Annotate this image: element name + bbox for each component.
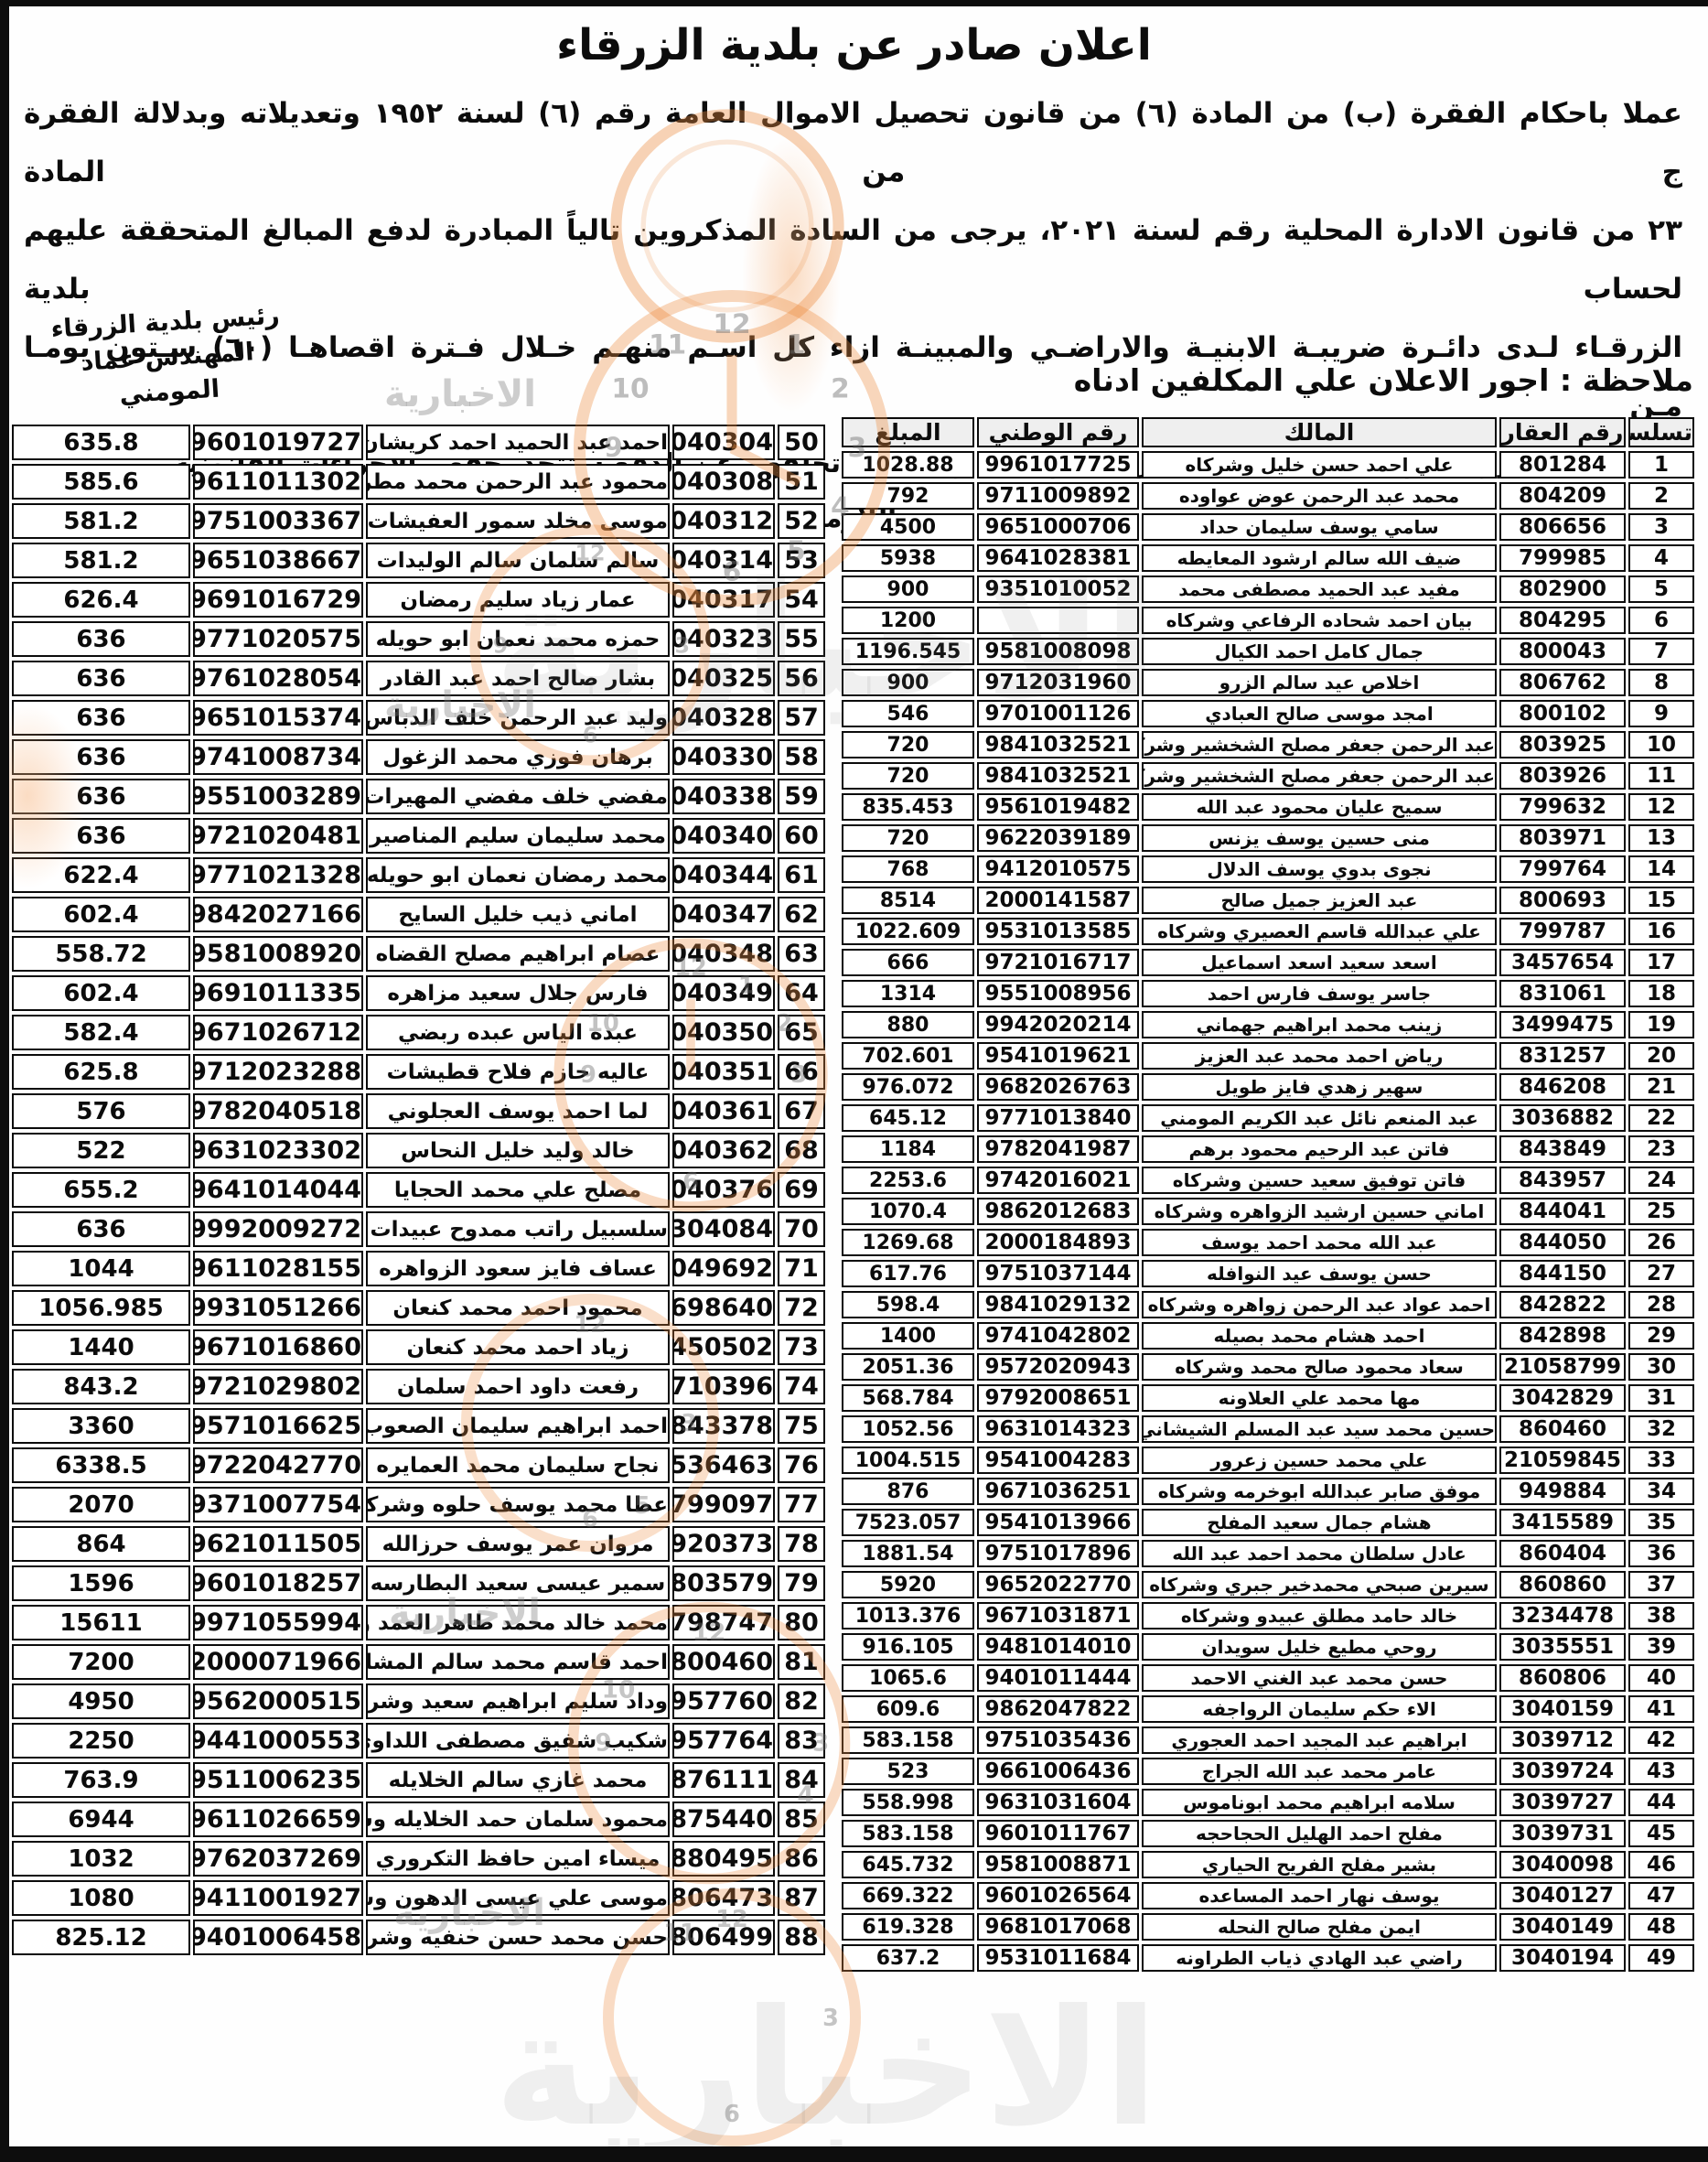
serial-cell: 4 bbox=[1628, 544, 1694, 572]
amount-cell: 900 bbox=[842, 575, 974, 603]
national-id-cell: 9971055994 bbox=[193, 1605, 363, 1640]
national-id-cell: 2000184893 bbox=[977, 1229, 1139, 1256]
owner-name-cell: منى حسين يوسف يزنس bbox=[1142, 824, 1497, 852]
national-id-cell: 9541019621 bbox=[977, 1042, 1139, 1070]
serial-cell: 16 bbox=[1628, 918, 1694, 945]
national-id-cell: 9541013966 bbox=[977, 1509, 1139, 1536]
table-row: 27844150حسن يوسف عيد النوافله97510371446… bbox=[842, 1260, 1694, 1287]
serial-cell: 60 bbox=[778, 818, 825, 854]
amount-cell: 1440 bbox=[12, 1329, 190, 1365]
national-id-cell: 9782040518 bbox=[193, 1093, 363, 1129]
owner-name-cell: محمود عبد الرحمن محمد مطر bbox=[366, 464, 670, 500]
table-row: 353415589هشام جمال سعيد المفلح9541013966… bbox=[842, 1509, 1694, 1536]
national-id-cell: 9721016717 bbox=[977, 949, 1139, 976]
serial-cell: 87 bbox=[778, 1880, 825, 1916]
amount-cell: 720 bbox=[842, 762, 974, 790]
property-number-cell: 799632 bbox=[1499, 793, 1626, 821]
amount-cell: 636 bbox=[12, 1211, 190, 1247]
property-number-cell: 3049692 bbox=[672, 1251, 775, 1286]
serial-cell: 51 bbox=[778, 464, 825, 500]
national-id-cell: 9671031871 bbox=[977, 1602, 1139, 1630]
national-id-cell: 9862012683 bbox=[977, 1198, 1139, 1225]
serial-cell: 21 bbox=[1628, 1073, 1694, 1101]
amount-cell: 1200 bbox=[842, 607, 974, 634]
serial-cell: 24 bbox=[1628, 1167, 1694, 1194]
table-row: 7632536463نجاح سليمان محمد العمايره97220… bbox=[12, 1447, 825, 1483]
property-number-cell: 804295 bbox=[1499, 607, 1626, 634]
serial-cell: 82 bbox=[778, 1683, 825, 1719]
owner-name-cell: عطا محمد يوسف حلوه وشركاه bbox=[366, 1487, 670, 1522]
national-id-cell: 9412010575 bbox=[977, 855, 1139, 883]
serial-cell: 70 bbox=[778, 1211, 825, 1247]
serial-cell: 26 bbox=[1628, 1229, 1694, 1256]
watermark-text-large: الاخبارية bbox=[494, 1976, 1158, 2162]
serial-cell: 52 bbox=[778, 503, 825, 539]
table-row: 653040350عبده الياس عبده ربضي96710267125… bbox=[12, 1015, 825, 1050]
property-number-cell: 3040194 bbox=[1499, 1944, 1626, 1972]
national-id-cell: 9721020481 bbox=[193, 818, 363, 854]
amount-cell: 636 bbox=[12, 700, 190, 736]
owner-name-cell: وليد عبد الرحمن خلف الدباس bbox=[366, 700, 670, 736]
national-id-cell: 9691011335 bbox=[193, 975, 363, 1011]
table-row: 18831061جاسر يوسف فارس احمد9551008956131… bbox=[842, 980, 1694, 1007]
owner-name-cell: الاء حكم سليمان الرواجفه bbox=[1142, 1695, 1497, 1723]
property-number-cell: 3039727 bbox=[1499, 1789, 1626, 1816]
owner-name-cell: رياض احمد محمد عبد العزيز bbox=[1142, 1042, 1497, 1070]
owner-name-cell: مروان عمر يوسف حرزالله bbox=[366, 1526, 670, 1562]
table-row: 503040304احمد عبد الحميد احمد كريشان9601… bbox=[12, 425, 825, 460]
property-number-cell: 3040149 bbox=[1499, 1913, 1626, 1941]
owner-name-cell: عبد الرحمن جعفر مصلح الشخشير وشركاه bbox=[1142, 731, 1497, 758]
owner-name-cell: سلامه ابراهيم محمد ابوناموس bbox=[1142, 1789, 1497, 1816]
serial-cell: 14 bbox=[1628, 855, 1694, 883]
owner-name-cell: حسن يوسف عيد النوافله bbox=[1142, 1260, 1497, 1287]
taxpayers-table-left: 503040304احمد عبد الحميد احمد كريشان9601… bbox=[26, 421, 828, 1959]
table-row: 223036882عبد المنعم نائل عبد الكريم المو… bbox=[842, 1104, 1694, 1132]
serial-cell: 45 bbox=[1628, 1820, 1694, 1847]
owner-name-cell: احمد ابراهيم سليمان الصعوب bbox=[366, 1408, 670, 1444]
serial-cell: 40 bbox=[1628, 1664, 1694, 1692]
serial-cell: 88 bbox=[778, 1920, 825, 1955]
amount-cell: 558.72 bbox=[12, 936, 190, 972]
property-number-cell: 3450502 bbox=[672, 1329, 775, 1365]
property-number-cell: 3234478 bbox=[1499, 1602, 1626, 1630]
property-number-cell: 949884 bbox=[1499, 1478, 1626, 1505]
serial-cell: 38 bbox=[1628, 1602, 1694, 1630]
property-number-cell: 804209 bbox=[1499, 482, 1626, 510]
amount-cell: 2070 bbox=[12, 1487, 190, 1522]
serial-cell: 23 bbox=[1628, 1135, 1694, 1163]
serial-cell: 43 bbox=[1628, 1758, 1694, 1785]
amount-cell: 6944 bbox=[12, 1802, 190, 1837]
table-row: 9800102امجد موسى صالح العبادي97010011265… bbox=[842, 700, 1694, 727]
owner-name-cell: مفيد عبد الحميد مصطفى محمد bbox=[1142, 575, 1497, 603]
serial-header: تسلسل bbox=[1628, 417, 1694, 447]
amount-cell: 5938 bbox=[842, 544, 974, 572]
amount-cell: 4950 bbox=[12, 1683, 190, 1719]
owner-name-cell: زياد احمد محمد كنعان bbox=[366, 1329, 670, 1365]
table-row: 86880495ميساء امين حافظ التكروري97620372… bbox=[12, 1841, 825, 1877]
property-number-cell: 3039724 bbox=[1499, 1758, 1626, 1785]
serial-cell: 83 bbox=[778, 1723, 825, 1759]
owner-name-cell: عصام ابراهيم مصلح القضاه bbox=[366, 936, 670, 972]
table-row: 10803925عبد الرحمن جعفر مصلح الشخشير وشر… bbox=[842, 731, 1694, 758]
owner-name-cell: موسى علي عيسى الدهون وشركاه bbox=[366, 1880, 670, 1916]
owner-name-cell: احمد هشام محمد بصيله bbox=[1142, 1322, 1497, 1350]
property-number-cell: 3040098 bbox=[1499, 1851, 1626, 1878]
property-number-cell: 3040308 bbox=[672, 464, 775, 500]
property-number-cell: 800043 bbox=[1499, 638, 1626, 665]
property-number-cell: 3040159 bbox=[1499, 1695, 1626, 1723]
table-row: 583040330برهان فوزي محمد الزغول974100873… bbox=[12, 739, 825, 775]
property-number-cell: 3036882 bbox=[1499, 1104, 1626, 1132]
table-row: 87806473موسى علي عيسى الدهون وشركاه94110… bbox=[12, 1880, 825, 1916]
table-row: 3321059845علي محمد حسين زعرور95410042831… bbox=[842, 1447, 1694, 1474]
owner-name-cell: سميح عليان محمود عبد الله bbox=[1142, 793, 1497, 821]
taxpayers-table-right: تسلسل رقم العقار المالك رقم الوطني المبل… bbox=[855, 414, 1697, 1975]
owner-name-cell: برهان فوزي محمد الزغول bbox=[366, 739, 670, 775]
amount-header: المبلغ bbox=[842, 417, 974, 447]
serial-cell: 53 bbox=[778, 543, 825, 578]
amount-cell: 609.6 bbox=[842, 1695, 974, 1723]
amount-cell: 4500 bbox=[842, 513, 974, 541]
table-row: 23843849فاتن عبد الرحيم محمود برهم978204… bbox=[842, 1135, 1694, 1163]
table-row: 32860460حسين محمد سيد عبد المسلم الشيشان… bbox=[842, 1415, 1694, 1443]
amount-cell: 1028.88 bbox=[842, 451, 974, 479]
serial-cell: 27 bbox=[1628, 1260, 1694, 1287]
owner-name-cell: حسن محمد حسن حنفيه وشركاه bbox=[366, 1920, 670, 1955]
amount-cell: 835.453 bbox=[842, 793, 974, 821]
owner-name-cell: زينب محمد ابراهيم جهماني bbox=[1142, 1011, 1497, 1038]
property-number-cell: 3040350 bbox=[672, 1015, 775, 1050]
national-id-cell: 9862047822 bbox=[977, 1695, 1139, 1723]
property-number-header: رقم العقار bbox=[1499, 417, 1626, 447]
amount-cell: 1400 bbox=[842, 1322, 974, 1350]
owner-name-cell: محمد عبد الرحمن عوض عواوده bbox=[1142, 482, 1497, 510]
national-id-cell: 9842027166 bbox=[193, 897, 363, 932]
serial-cell: 64 bbox=[778, 975, 825, 1011]
table-row: 7800043جمال كامل احمد الكيال958100809811… bbox=[842, 638, 1694, 665]
amount-cell: 636 bbox=[12, 739, 190, 775]
serial-cell: 32 bbox=[1628, 1415, 1694, 1443]
national-id-cell: 9481014010 bbox=[977, 1633, 1139, 1661]
table-row: 21846208سهير زهدي فايز طويل9682026763976… bbox=[842, 1073, 1694, 1101]
amount-cell: 583.158 bbox=[842, 1726, 974, 1754]
property-number-cell: 843957 bbox=[1499, 1167, 1626, 1194]
amount-cell: 1044 bbox=[12, 1251, 190, 1286]
property-number-cell: 3040361 bbox=[672, 1093, 775, 1129]
national-id-cell: 9641028381 bbox=[977, 544, 1139, 572]
property-number-cell: 842822 bbox=[1499, 1291, 1626, 1318]
amount-cell: 635.8 bbox=[12, 425, 190, 460]
serial-cell: 15 bbox=[1628, 887, 1694, 914]
owner-name-cell: محمود سلمان حمد الخلايله وشركاه bbox=[366, 1802, 670, 1837]
property-number-cell: 831257 bbox=[1499, 1042, 1626, 1070]
table-row: 393035551روحي مطيع خليل سويدان9481014010… bbox=[842, 1633, 1694, 1661]
owner-name-cell: احمد عواد عبد الرحمن زواهره وشركاه bbox=[1142, 1291, 1497, 1318]
national-id-cell bbox=[977, 607, 1139, 634]
amount-cell: 636 bbox=[12, 818, 190, 854]
owner-name-cell: ايمن مفلح صالح النحله bbox=[1142, 1913, 1497, 1941]
amount-cell: 1022.609 bbox=[842, 918, 974, 945]
amount-cell: 582.4 bbox=[12, 1015, 190, 1050]
table-row: 20831257رياض احمد محمد عبد العزيز9541019… bbox=[842, 1042, 1694, 1070]
national-id-cell: 9652022770 bbox=[977, 1571, 1139, 1598]
national-id-cell: 9782041987 bbox=[977, 1135, 1139, 1163]
serial-cell: 22 bbox=[1628, 1104, 1694, 1132]
property-number-cell: 32536463 bbox=[672, 1447, 775, 1483]
owner-name-cell: جمال كامل احمد الكيال bbox=[1142, 638, 1497, 665]
owner-name-cell: عبد الرحمن جعفر مصلح الشخشير وشركاه bbox=[1142, 762, 1497, 790]
serial-cell: 80 bbox=[778, 1605, 825, 1640]
serial-cell: 78 bbox=[778, 1526, 825, 1562]
property-number-cell: 3040304 bbox=[672, 425, 775, 460]
owner-name-cell: خالد وليد خليل النحاس bbox=[366, 1133, 670, 1168]
serial-cell: 18 bbox=[1628, 980, 1694, 1007]
serial-cell: 69 bbox=[778, 1172, 825, 1208]
intro-line-1: عملا باحكام الفقرة (ب) من المادة (٦) من … bbox=[24, 84, 1682, 201]
property-number-cell: 831061 bbox=[1499, 980, 1626, 1007]
serial-cell: 20 bbox=[1628, 1042, 1694, 1070]
amount-cell: 2250 bbox=[12, 1723, 190, 1759]
serial-cell: 65 bbox=[778, 1015, 825, 1050]
national-id-cell: 2000141587 bbox=[977, 887, 1139, 914]
amount-cell: 622.4 bbox=[12, 857, 190, 893]
table-row: 24843957فاتن توفيق سعيد حسين وشركاه97420… bbox=[842, 1167, 1694, 1194]
serial-cell: 35 bbox=[1628, 1509, 1694, 1536]
serial-cell: 11 bbox=[1628, 762, 1694, 790]
national-id-cell: 9722042770 bbox=[193, 1447, 363, 1483]
owner-name-cell: جاسر يوسف فارس احمد bbox=[1142, 980, 1497, 1007]
property-number-cell: 801284 bbox=[1499, 451, 1626, 479]
property-number-cell: 3040314 bbox=[672, 543, 775, 578]
owner-name-cell: سامي يوسف سليمان حداد bbox=[1142, 513, 1497, 541]
amount-cell: 619.328 bbox=[842, 1913, 974, 1941]
national-id-cell: 9531013585 bbox=[977, 918, 1139, 945]
table-row: 643040349فارس جلال سعيد مزاهره9691011335… bbox=[12, 975, 825, 1011]
table-header-row: تسلسل رقم العقار المالك رقم الوطني المبل… bbox=[842, 417, 1694, 447]
page-title: اعلان صادر عن بلدية الزرقاء bbox=[0, 20, 1708, 70]
amount-cell: 617.76 bbox=[842, 1260, 974, 1287]
amount-cell: 583.158 bbox=[842, 1820, 974, 1847]
amount-cell: 1013.376 bbox=[842, 1602, 974, 1630]
owner-name-cell: عبد المنعم نائل عبد الكريم المومني bbox=[1142, 1104, 1497, 1132]
owner-name-cell: عساف فايز سعود الزواهره bbox=[366, 1251, 670, 1286]
table-row: 663040351عاليه حازم فلاح قطيشات971202328… bbox=[12, 1054, 825, 1090]
national-id-cell: 9721029802 bbox=[193, 1369, 363, 1404]
table-row: 523040312موسى مخلد سمور العفيشات97510033… bbox=[12, 503, 825, 539]
national-id-cell: 9641014044 bbox=[193, 1172, 363, 1208]
amount-cell: 1184 bbox=[842, 1135, 974, 1163]
table-row: 543040317عمار زياد سليم رمضان96910167296… bbox=[12, 582, 825, 618]
property-number-cell: 3035551 bbox=[1499, 1633, 1626, 1661]
table-row: 74710396رفعت داود احمد سلمان972102980284… bbox=[12, 1369, 825, 1404]
national-id-cell: 9651000706 bbox=[977, 513, 1139, 541]
property-number-cell: 846208 bbox=[1499, 1073, 1626, 1101]
serial-cell: 44 bbox=[1628, 1789, 1694, 1816]
property-number-cell: 3042829 bbox=[1499, 1384, 1626, 1412]
serial-cell: 74 bbox=[778, 1369, 825, 1404]
serial-cell: 59 bbox=[778, 779, 825, 814]
property-number-cell: 3040376 bbox=[672, 1172, 775, 1208]
table-row: 603040340محمد سليمان سليم المناصير972102… bbox=[12, 818, 825, 854]
national-id-cell: 9601026564 bbox=[977, 1882, 1139, 1909]
national-id-cell: 9751037144 bbox=[977, 1260, 1139, 1287]
owner-name-cell: مفلح احمد الهليل الحجاحجه bbox=[1142, 1820, 1497, 1847]
serial-cell: 56 bbox=[778, 661, 825, 696]
property-number-cell: 3040323 bbox=[672, 621, 775, 657]
property-number-cell: 800460 bbox=[672, 1644, 775, 1680]
amount-cell: 916.105 bbox=[842, 1633, 974, 1661]
national-id-cell: 9611011302 bbox=[193, 464, 363, 500]
serial-cell: 25 bbox=[1628, 1198, 1694, 1225]
table-row: 693040376مصلح علي محمد الحجايا9641014044… bbox=[12, 1172, 825, 1208]
table-row: 733450502زياد احمد محمد كنعان96710168601… bbox=[12, 1329, 825, 1365]
table-row: 2804209محمد عبد الرحمن عوض عواوده9711009… bbox=[842, 482, 1694, 510]
serial-cell: 41 bbox=[1628, 1695, 1694, 1723]
national-id-cell: 9631023302 bbox=[193, 1133, 363, 1168]
national-id-cell: 9701001126 bbox=[977, 700, 1139, 727]
table-row: 82957760وداد سليم ابراهيم سعيد وشركاه956… bbox=[12, 1683, 825, 1719]
amount-cell: 523 bbox=[842, 1758, 974, 1785]
owner-name-cell: امجد موسى صالح العبادي bbox=[1142, 700, 1497, 727]
table-row: 453039731مفلح احمد الهليل الحجاحجه960101… bbox=[842, 1820, 1694, 1847]
property-number-cell: 800102 bbox=[1499, 700, 1626, 727]
national-id-cell: 9551003289 bbox=[193, 779, 363, 814]
amount-cell: 602.4 bbox=[12, 897, 190, 932]
serial-cell: 50 bbox=[778, 425, 825, 460]
amount-cell: 825.12 bbox=[12, 1920, 190, 1955]
property-number-cell: 842898 bbox=[1499, 1322, 1626, 1350]
national-id-cell: 9841032521 bbox=[977, 762, 1139, 790]
table-row: 623040347اماني ذيب خليل السايح9842027166… bbox=[12, 897, 825, 932]
serial-cell: 48 bbox=[1628, 1913, 1694, 1941]
owner-name-cell: موسى مخلد سمور العفيشات bbox=[366, 503, 670, 539]
national-id-cell: 9992009272 bbox=[193, 1211, 363, 1247]
amount-cell: 7523.057 bbox=[842, 1509, 974, 1536]
owner-name-cell: سمير عيسى سعيد البطارسه bbox=[366, 1565, 670, 1601]
serial-cell: 46 bbox=[1628, 1851, 1694, 1878]
table-row: 83957764شكيب شفيق مصطفى اللداوي وشركاه94… bbox=[12, 1723, 825, 1759]
amount-cell: 15611 bbox=[12, 1605, 190, 1640]
property-number-cell: 3039731 bbox=[1499, 1820, 1626, 1847]
property-number-cell: 3040317 bbox=[672, 582, 775, 618]
owner-name-cell: نجوى بدوي يوسف الدلال bbox=[1142, 855, 1497, 883]
owner-name-cell: مفضي خلف مفضي المهيرات bbox=[366, 779, 670, 814]
owner-name-cell: محمد سليمان سليم المناصير bbox=[366, 818, 670, 854]
table-row: 12799632سميح عليان محمود عبد الله9561019… bbox=[842, 793, 1694, 821]
owner-name-cell: موفق صابر عبدالله ابوخرمه وشركاه bbox=[1142, 1478, 1497, 1505]
amount-cell: 637.2 bbox=[842, 1944, 974, 1972]
property-number-cell: 3040338 bbox=[672, 779, 775, 814]
amount-cell: 976.072 bbox=[842, 1073, 974, 1101]
owner-name-cell: لما احمد يوسف العجلوني bbox=[366, 1093, 670, 1129]
amount-cell: 8514 bbox=[842, 887, 974, 914]
national-id-cell: 9712023288 bbox=[193, 1054, 363, 1090]
amount-cell: 763.9 bbox=[12, 1762, 190, 1798]
property-number-cell: 21059845 bbox=[1499, 1447, 1626, 1474]
property-number-cell: 798747 bbox=[672, 1605, 775, 1640]
table-row: 28842822احمد عواد عبد الرحمن زواهره وشرك… bbox=[842, 1291, 1694, 1318]
owner-name-cell: علي عبدالله قاسم العصيري وشركاه bbox=[1142, 918, 1497, 945]
table-row: 13803971منى حسين يوسف يزنس9622039189720 bbox=[842, 824, 1694, 852]
scan-border-top bbox=[0, 0, 1708, 6]
property-number-cell: 802900 bbox=[1499, 575, 1626, 603]
national-id-cell: 9691016729 bbox=[193, 582, 363, 618]
owner-name-cell: اماني حسين ارشيد الزواهره وشركاه bbox=[1142, 1198, 1497, 1225]
amount-cell: 876 bbox=[842, 1478, 974, 1505]
serial-cell: 62 bbox=[778, 897, 825, 932]
table-row: 433039724عامر محمد عبد الله الجراج966100… bbox=[842, 1758, 1694, 1785]
amount-cell: 581.2 bbox=[12, 503, 190, 539]
serial-cell: 8 bbox=[1628, 669, 1694, 696]
table-row: 423039712ابراهيم عبد المجيد احمد العجوري… bbox=[842, 1726, 1694, 1754]
national-id-cell: 9581008098 bbox=[977, 638, 1139, 665]
owner-name-cell: سيرين صبحي محمدخير جبري وشركاه bbox=[1142, 1571, 1497, 1598]
owner-name-cell: روحي مطيع خليل سويدان bbox=[1142, 1633, 1497, 1661]
amount-cell: 720 bbox=[842, 824, 974, 852]
amount-cell: 655.2 bbox=[12, 1172, 190, 1208]
serial-cell: 68 bbox=[778, 1133, 825, 1168]
owner-name-cell: فاتن توفيق سعيد حسين وشركاه bbox=[1142, 1167, 1497, 1194]
amount-cell: 1596 bbox=[12, 1565, 190, 1601]
table-row: 173457654اسعد سعيد اسعد اسماعيل972101671… bbox=[842, 949, 1694, 976]
property-number-cell: 799097 bbox=[672, 1487, 775, 1522]
amount-cell: 522 bbox=[12, 1133, 190, 1168]
table-row: 11803926عبد الرحمن جعفر مصلح الشخشير وشر… bbox=[842, 762, 1694, 790]
national-id-cell: 9541004283 bbox=[977, 1447, 1139, 1474]
table-row: 3806656سامي يوسف سليمان حداد965100070645… bbox=[842, 513, 1694, 541]
property-number-cell: 860860 bbox=[1499, 1571, 1626, 1598]
owner-name-cell: اسعد سعيد اسعد اسماعيل bbox=[1142, 949, 1497, 976]
owner-name-cell: خالد حامد مطلق عبيدو وشركاه bbox=[1142, 1602, 1497, 1630]
serial-cell: 84 bbox=[778, 1762, 825, 1798]
property-number-cell: 806656 bbox=[1499, 513, 1626, 541]
national-id-cell: 9682026763 bbox=[977, 1073, 1139, 1101]
serial-cell: 72 bbox=[778, 1290, 825, 1326]
owner-name-cell: احمد قاسم محمد سالم المشاقبه وشركاه bbox=[366, 1644, 670, 1680]
amount-cell: 576 bbox=[12, 1093, 190, 1129]
serial-cell: 39 bbox=[1628, 1633, 1694, 1661]
serial-cell: 33 bbox=[1628, 1447, 1694, 1474]
amount-cell: 581.2 bbox=[12, 543, 190, 578]
amount-cell: 636 bbox=[12, 621, 190, 657]
amount-cell: 1080 bbox=[12, 1880, 190, 1916]
serial-cell: 47 bbox=[1628, 1882, 1694, 1909]
national-id-cell: 2000071966 bbox=[193, 1644, 363, 1680]
table-row: 37860860سيرين صبحي محمدخير جبري وشركاه96… bbox=[842, 1571, 1694, 1598]
national-id-cell: 9712031960 bbox=[977, 669, 1139, 696]
serial-cell: 76 bbox=[778, 1447, 825, 1483]
national-id-cell: 9771013840 bbox=[977, 1104, 1139, 1132]
table-row: 443039727سلامه ابراهيم محمد ابوناموس9631… bbox=[842, 1789, 1694, 1816]
serial-cell: 31 bbox=[1628, 1384, 1694, 1412]
owner-name-cell: سعاد محمود صالح محمد وشركاه bbox=[1142, 1353, 1497, 1381]
national-id-cell: 9562000515 bbox=[193, 1683, 363, 1719]
national-id-cell: 9601018257 bbox=[193, 1565, 363, 1601]
amount-cell: 880 bbox=[842, 1011, 974, 1038]
owner-name-cell: وداد سليم ابراهيم سعيد وشركاه bbox=[366, 1683, 670, 1719]
announcement-page: اعلان صادر عن بلدية الزرقاء عملا باحكام … bbox=[0, 0, 1708, 2162]
table-row: 563040325بشار صالح احمد عبد القادر976102… bbox=[12, 661, 825, 696]
amount-cell: 645.732 bbox=[842, 1851, 974, 1878]
table-row: 193499475زينب محمد ابراهيم جهماني9942020… bbox=[842, 1011, 1694, 1038]
national-id-cell: 9942020214 bbox=[977, 1011, 1139, 1038]
owner-name-cell: عبده الياس عبده ربضي bbox=[366, 1015, 670, 1050]
owner-name-cell: علي محمد حسين زعرور bbox=[1142, 1447, 1497, 1474]
owner-name-cell: سلسبيل راتب ممدوح عبيدات وشركاه bbox=[366, 1211, 670, 1247]
amount-cell: 6338.5 bbox=[12, 1447, 190, 1483]
